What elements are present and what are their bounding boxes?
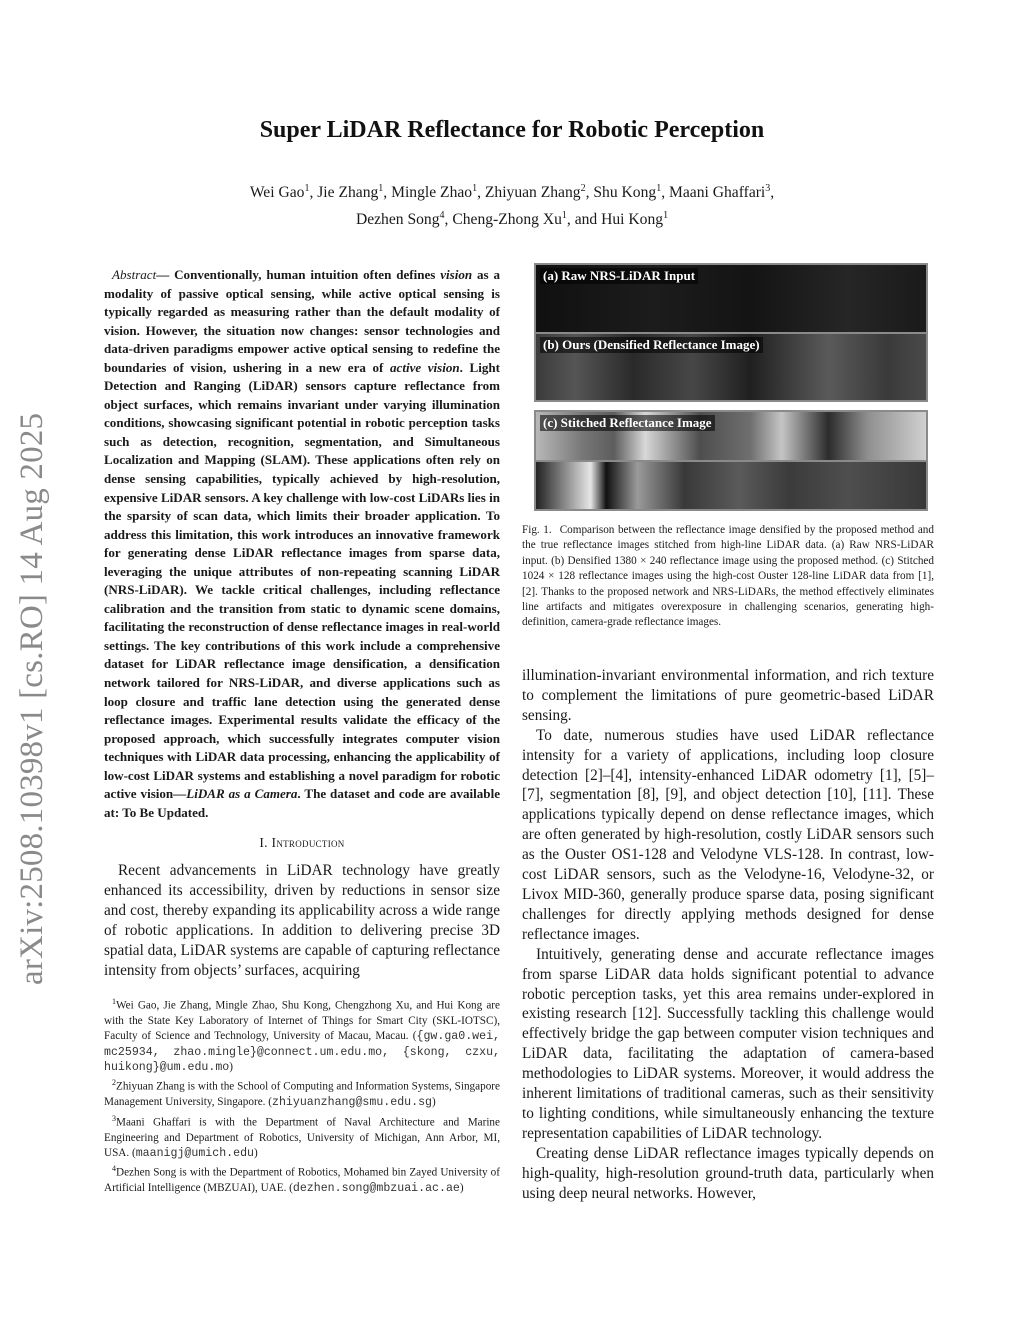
introduction-text: Recent advancements in LiDAR technology …: [104, 861, 500, 980]
abstract: Abstract— Conventionally, human intuitio…: [104, 266, 500, 822]
author: Zhiyuan Zhang2: [485, 184, 586, 201]
section-heading-introduction: I. Introduction: [104, 835, 500, 851]
affiliation-footnotes: 1Wei Gao, Jie Zhang, Mingle Zhao, Shu Ko…: [104, 994, 500, 1197]
paragraph: illumination-invariant environmental inf…: [522, 666, 934, 726]
paragraph: To date, numerous studies have used LiDA…: [522, 726, 934, 945]
author: Dezhen Song4: [356, 211, 445, 228]
abstract-dash: —: [156, 267, 169, 282]
panel-label: (a) Raw NRS-LiDAR Input: [540, 268, 698, 284]
author-line-1: Wei Gao1, Jie Zhang1, Mingle Zhao1, Zhiy…: [150, 177, 874, 204]
author: Jie Zhang1: [317, 184, 383, 201]
author-line-2: Dezhen Song4, Cheng-Zhong Xu1, and Hui K…: [150, 204, 874, 231]
footnote: 4Dezhen Song is with the Department of R…: [104, 1161, 500, 1196]
author: Cheng-Zhong Xu1: [452, 211, 567, 228]
right-column-text: illumination-invariant environmental inf…: [522, 666, 934, 1203]
figure-number: Fig. 1.: [522, 524, 552, 536]
footnote: 1Wei Gao, Jie Zhang, Mingle Zhao, Shu Ko…: [104, 994, 500, 1075]
author: Wei Gao1: [250, 184, 310, 201]
footnote: 3Maani Ghaffari is with the Department o…: [104, 1111, 500, 1162]
email-address[interactable]: zhiyuanzhang@smu.edu.sg: [272, 1096, 432, 1109]
paragraph: Recent advancements in LiDAR technology …: [104, 861, 500, 980]
panel-label: (c) Stitched Reflectance Image: [540, 415, 715, 431]
author: Maani Ghaffari3: [669, 184, 770, 201]
arxiv-identifier-stamp: arXiv:2508.10398v1 [cs.RO] 14 Aug 2025: [14, 413, 51, 985]
figure-1: (a) Raw NRS-LiDAR Input (b) Ours (Densif…: [534, 263, 928, 511]
figure-panel-stitched-image: (c) Stitched Reflectance Image: [534, 410, 928, 511]
email-address[interactable]: maanigj@umich.edu: [136, 1147, 254, 1160]
abstract-emphasis: LiDAR as a Camera: [186, 786, 297, 801]
caption-text: Comparison between the reflectance image…: [522, 524, 934, 628]
paragraph: Creating dense LiDAR reflectance images …: [522, 1144, 934, 1204]
stitched-image-bottom-strip: [536, 462, 926, 509]
email-address[interactable]: dezhen.song@mbzuai.ac.ae: [293, 1182, 460, 1195]
author: Shu Kong1: [593, 184, 661, 201]
figure-panel-raw-input-image: (a) Raw NRS-LiDAR Input: [534, 263, 928, 334]
author-list: Wei Gao1, Jie Zhang1, Mingle Zhao1, Zhiy…: [150, 177, 874, 231]
figure-1-caption: Fig. 1.Comparison between the reflectanc…: [522, 523, 934, 631]
author: and Hui Kong1: [575, 211, 668, 228]
figure-panel-densified-image: (b) Ours (Densified Reflectance Image): [534, 332, 928, 402]
paragraph: Intuitively, generating dense and accura…: [522, 945, 934, 1144]
abstract-emphasis: active vision: [390, 360, 460, 375]
footnote: 2Zhiyuan Zhang is with the School of Com…: [104, 1075, 500, 1110]
abstract-label: Abstract: [112, 267, 156, 282]
author: Mingle Zhao1: [391, 184, 477, 201]
abstract-text: Conventionally, human intuition often de…: [169, 267, 440, 282]
abstract-emphasis: vision: [440, 267, 472, 282]
abstract-text: as a modality of passive optical sensing…: [104, 267, 500, 375]
panel-label: (b) Ours (Densified Reflectance Image): [540, 337, 763, 353]
abstract-text: . Light Detection and Ranging (LiDAR) se…: [104, 360, 500, 802]
paper-title: Super LiDAR Reflectance for Robotic Perc…: [0, 117, 1024, 144]
